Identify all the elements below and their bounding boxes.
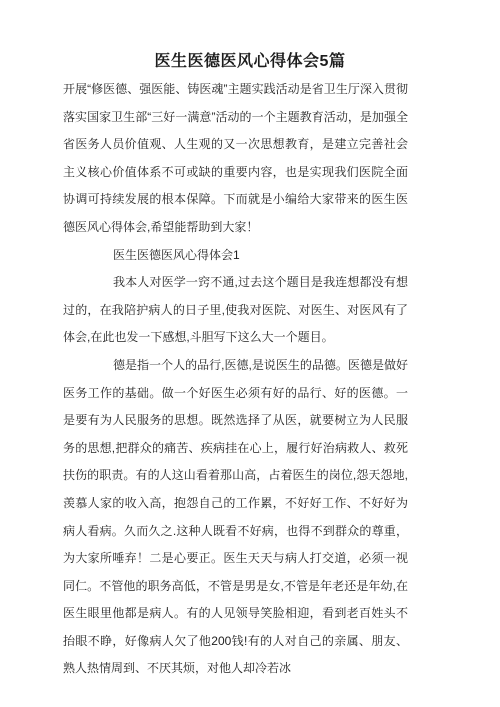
document-page: 医生医德医风心得体会5篇 开展“修医德、强医能、铸医魂”主题实践活动是省卫生厅深… — [0, 0, 500, 707]
intro-paragraph: 开展“修医德、强医能、铸医魂”主题实践活动是省卫生厅深入贯彻落实国家卫生部“三好… — [63, 76, 408, 242]
section1-paragraph-2: 德是指一个人的品行,医德,是说医生的品德。医德是做好医务工作的基础。做一个好医生… — [63, 352, 408, 683]
document-body: 开展“修医德、强医能、铸医魂”主题实践活动是省卫生厅深入贯彻落实国家卫生部“三好… — [63, 76, 408, 683]
section-heading-1: 医生医德医风心得体会1 — [63, 242, 408, 270]
document-title: 医生医德医风心得体会5篇 — [0, 0, 500, 76]
section1-paragraph-1: 我本人对医学一窍不通,过去这个题目是我连想都没有想过的，在我陪护病人的日子里,使… — [63, 269, 408, 352]
